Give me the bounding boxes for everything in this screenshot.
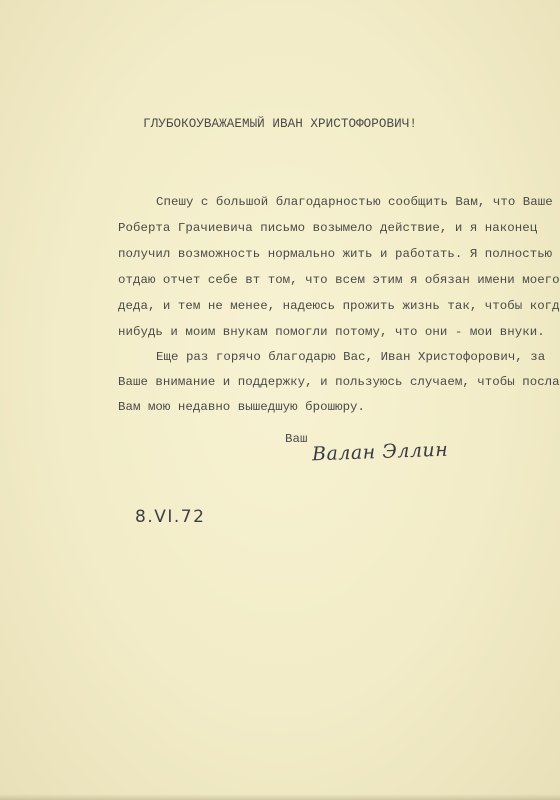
paragraph-2-line-3: Вам мою недавно вышедшую брошюру. <box>118 400 365 414</box>
paragraph-1-line-3: получил возможность нормально жить и раб… <box>118 247 552 261</box>
paragraph-1-line-1: Спешу с большой благодарностью сообщить … <box>156 195 560 209</box>
paragraph-1-line-4: отдаю отчет себе вт том, что всем этим я… <box>118 273 560 287</box>
salutation: ГЛУБОКОУВАЖАЕМЫЙ ИВАН ХРИСТОФОРОВИЧ! <box>0 117 560 131</box>
paragraph-2-line-2: Ваше внимание и поддержку, и пользуюсь с… <box>118 375 560 389</box>
paragraph-2-line-1: Еще раз горячо благодарю Вас, Иван Христ… <box>156 350 545 364</box>
handwritten-signature: Валан Эллин <box>312 439 449 466</box>
letter-page: ГЛУБОКОУВАЖАЕМЫЙ ИВАН ХРИСТОФОРОВИЧ! Спе… <box>0 0 560 800</box>
paragraph-1-line-6: нибудь и моим внукам помогли потому, что… <box>118 325 545 339</box>
handwritten-date: 8.VI.72 <box>135 507 205 527</box>
valediction: Ваш <box>285 432 307 446</box>
paragraph-1-line-5: деда, и тем не менее, надеюсь прожить жи… <box>118 299 560 313</box>
paragraph-1-line-2: Роберта Грачиевича письмо возымело дейст… <box>118 221 537 235</box>
